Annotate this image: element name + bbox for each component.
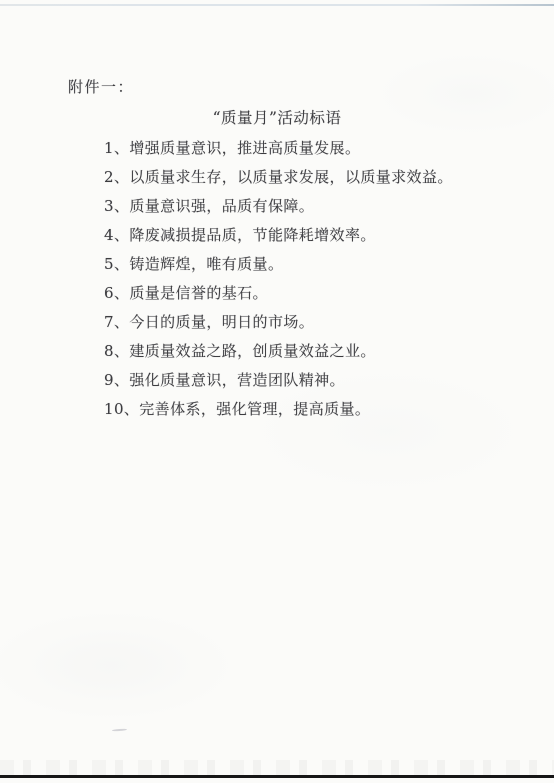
slogan-item: 10、完善体系，强化管理，提高质量。 bbox=[104, 401, 504, 417]
page-title: “质量月”活动标语 bbox=[0, 109, 554, 127]
slogan-item: 1、增强质量意识，推进高质量发展。 bbox=[104, 140, 504, 156]
scan-bottom-edge-line bbox=[0, 775, 554, 778]
scan-top-edge-line bbox=[0, 4, 554, 6]
attachment-label: 附件一： bbox=[68, 79, 134, 96]
slogan-item: 5、铸造辉煌，唯有质量。 bbox=[104, 256, 504, 272]
scanned-page: 附件一： “质量月”活动标语 1、增强质量意识，推进高质量发展。 2、以质量求生… bbox=[0, 0, 554, 783]
slogan-item: 6、质量是信誉的基石。 bbox=[104, 285, 504, 301]
slogan-item: 2、以质量求生存，以质量求发展，以质量求效益。 bbox=[104, 169, 504, 185]
slogan-item: 9、强化质量意识，营造团队精神。 bbox=[104, 372, 504, 388]
slogan-item: 3、质量意识强，品质有保障。 bbox=[104, 198, 504, 214]
slogan-list: 1、增强质量意识，推进高质量发展。 2、以质量求生存，以质量求发展，以质量求效益… bbox=[104, 140, 504, 430]
slogan-item: 8、建质量效益之路，创质量效益之业。 bbox=[104, 343, 504, 359]
scan-noise-band bbox=[0, 760, 554, 775]
slogan-item: 7、今日的质量，明日的市场。 bbox=[104, 314, 504, 330]
scan-smudge bbox=[112, 728, 127, 731]
slogan-item: 4、降废减损提品质，节能降耗增效率。 bbox=[104, 227, 504, 243]
